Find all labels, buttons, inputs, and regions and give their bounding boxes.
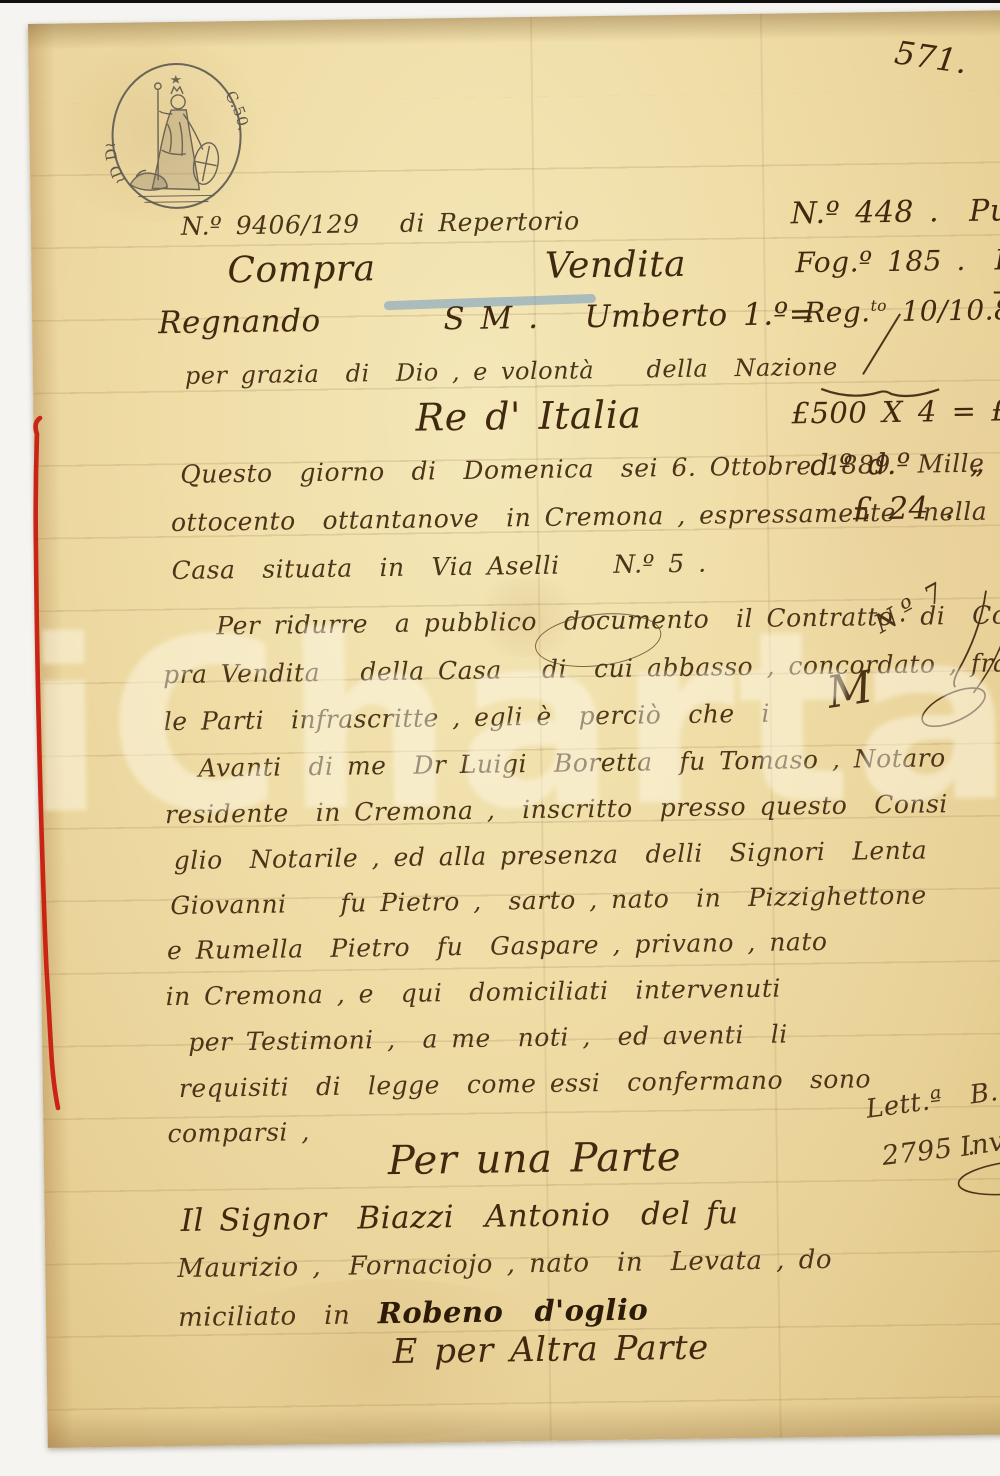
domicile-prefix: miciliato in: [178, 1300, 378, 1333]
manuscript-line: N.º 9406/129 di Repertorio: [181, 208, 580, 239]
margin-total: £ 24 .: [853, 493, 955, 525]
reg-year: 89: [994, 293, 1000, 327]
red-binding-thread: [26, 414, 66, 1114]
margin-note-number: N.º 448 . Pub.ca: [791, 196, 1000, 230]
manuscript-line: Il Signor Biazzi Antonio del fu: [181, 1198, 739, 1237]
scan-top-border: [0, 0, 1000, 3]
margin-oval-flourish: [944, 1152, 1000, 1204]
margin-note-foglio: Fog.º 185 . Lib. 70 .: [795, 245, 1000, 278]
paper-top-edge-shadow: [28, 10, 1000, 50]
manuscript-line: Re d' Italia: [415, 395, 641, 436]
revenue-stamp: ≀D D≀ C.50.: [100, 57, 252, 219]
margin-slash-flourish: [802, 311, 953, 403]
margin-paraph: M: [824, 665, 876, 715]
margin-signature-flourish: [866, 580, 1000, 742]
scanned-document-photo: ≀D D≀ C.50.: [0, 0, 1000, 1476]
page-number: 571.: [893, 36, 970, 78]
manuscript-line: Compra Vendita: [227, 247, 686, 289]
manuscript-sheet: ≀D D≀ C.50.: [28, 10, 1000, 1448]
domicile-place: Robeno d'oglio: [378, 1292, 649, 1330]
ditto-marks: d.º d.º „: [810, 445, 1000, 482]
margin-stamp-calculation: £500 X 4 = £ 20 .: [791, 395, 1000, 428]
reg-number: N.º 448 . Pub.: [790, 193, 1000, 231]
manuscript-line: E per Altra Parte: [392, 1331, 709, 1369]
manuscript-line: Per una Parte: [388, 1137, 682, 1181]
margin-ditto-line: d.º d.º „ 4 .: [810, 447, 1000, 480]
manuscript-line: Regnando S M . Umberto 1.º=: [158, 299, 815, 339]
manuscript-line: miciliato in Robeno d'oglio: [178, 1295, 649, 1331]
manuscript-line: comparsi ,: [167, 1119, 310, 1146]
manuscript-line: Casa situata in Via Aselli N.º 5 .: [171, 551, 706, 583]
